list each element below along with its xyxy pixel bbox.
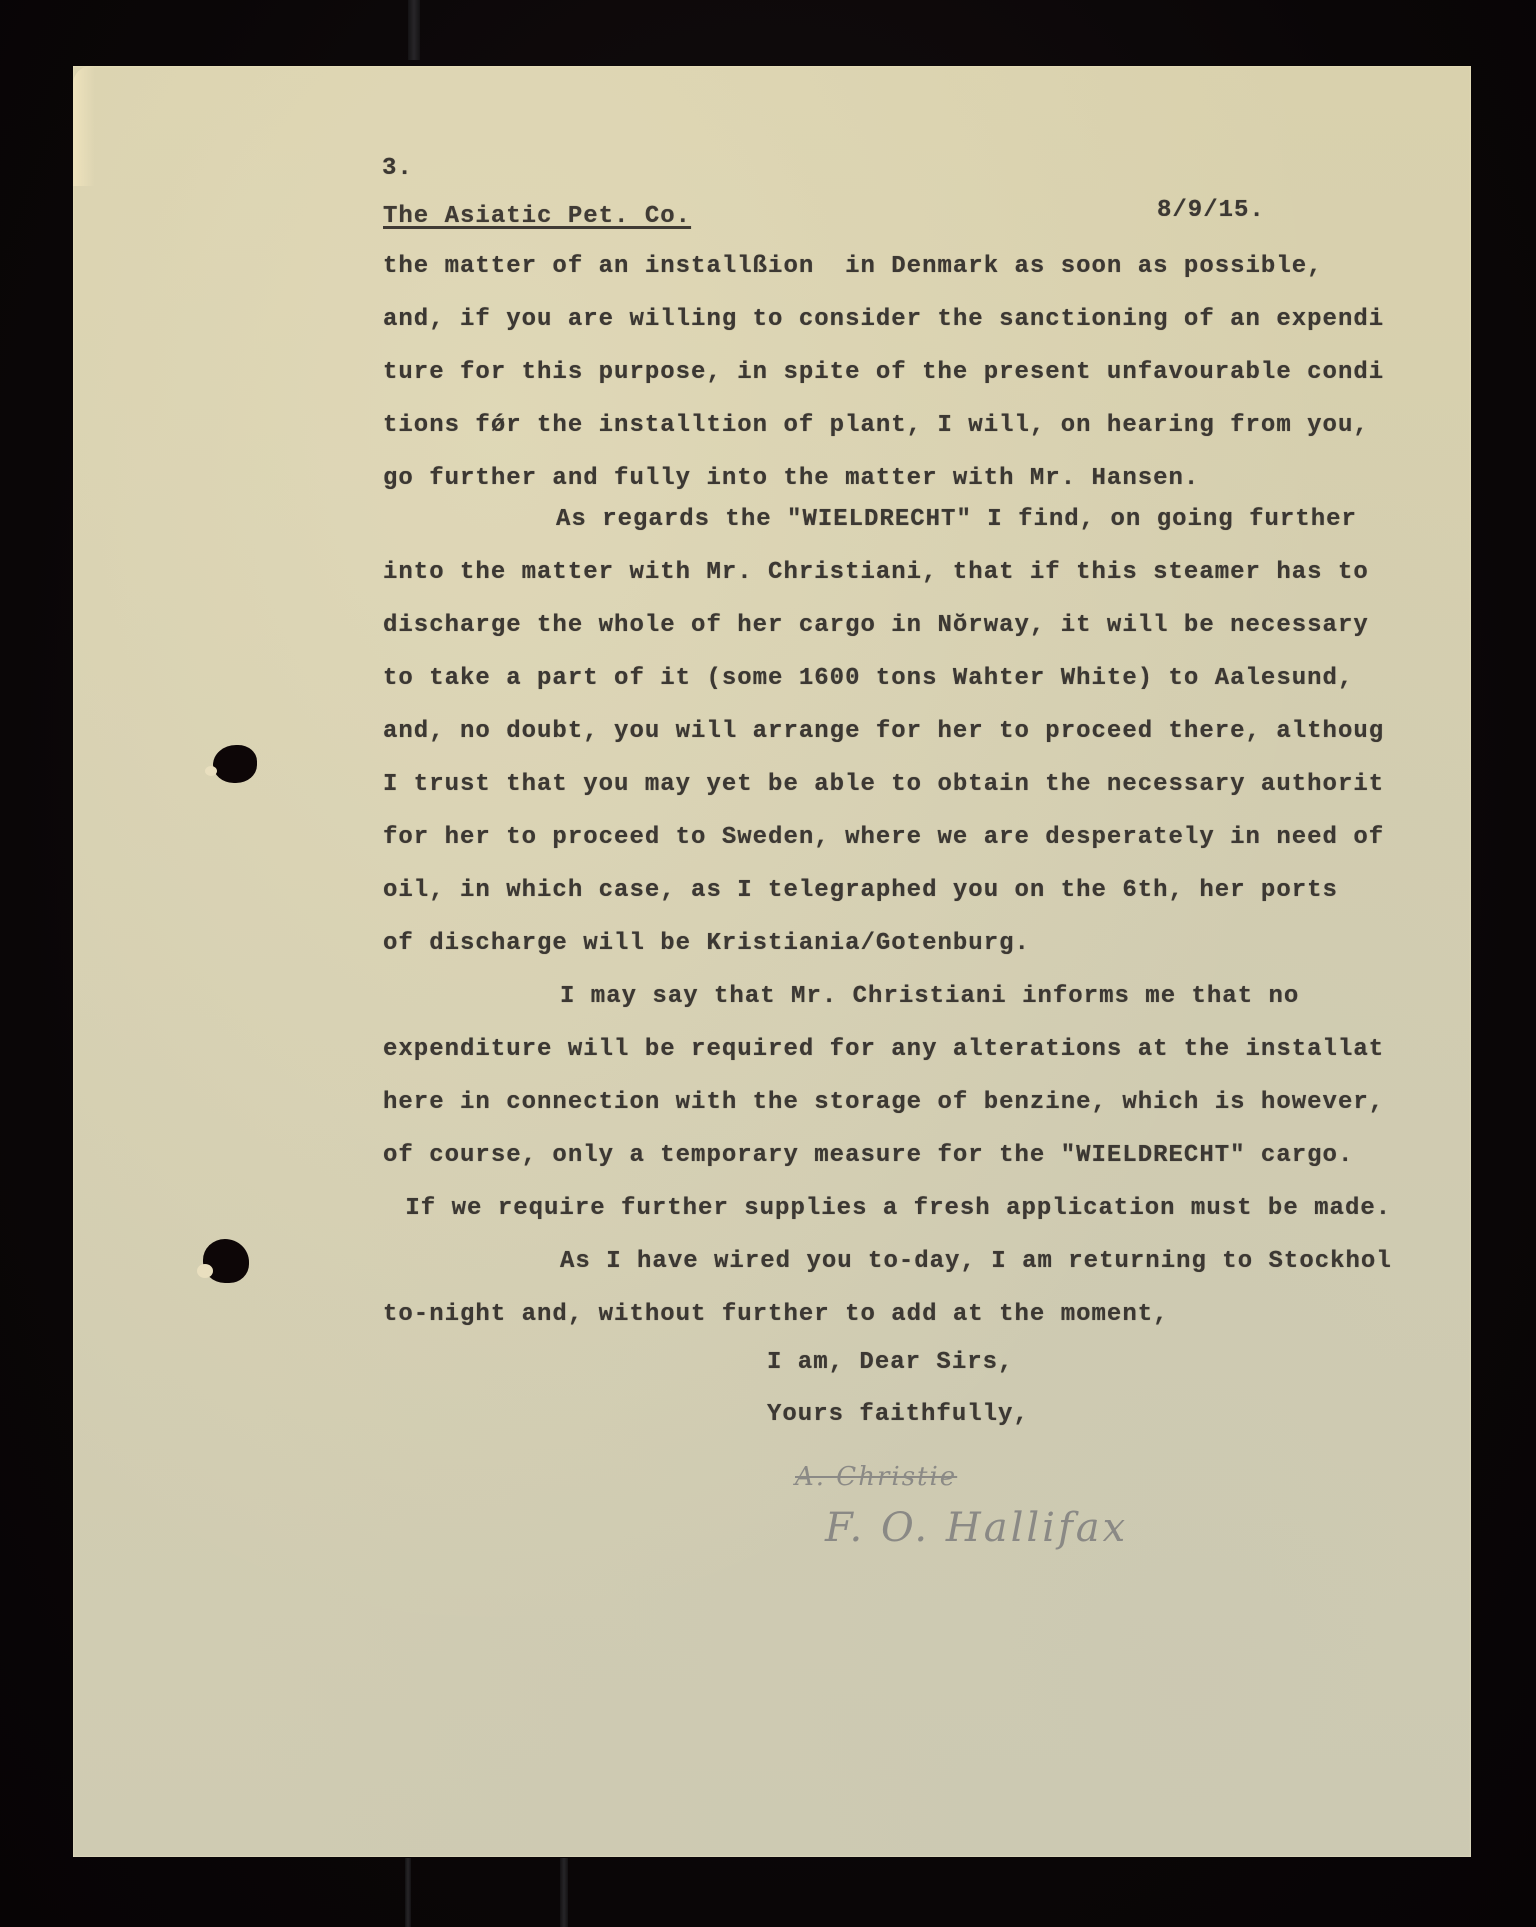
archive-strap-bottom [405,1858,411,1927]
archive-strap-bottom-2 [560,1858,568,1927]
punch-hole-tear [197,1264,213,1278]
body-line: ture for this purpose, in spite of the p… [383,358,1384,388]
letter-date: 8/9/15. [1157,196,1265,226]
closing-salutation: I am, Dear Sirs, [767,1348,1013,1378]
body-line: discharge the whole of her cargo in Nŏrw… [383,611,1369,641]
body-line: tions fǿr the installtion of plant, I wi… [383,411,1369,441]
archive-strap [408,0,420,60]
body-line: expenditure will be required for any alt… [383,1035,1384,1065]
body-line: of discharge will be Kristiania/Gotenbur… [383,929,1030,959]
body-line: If we require further supplies a fresh a… [390,1194,1391,1224]
body-line: to take a part of it (some 1600 tons Wah… [383,664,1353,694]
paragraph-start-line: I may say that Mr. Christiani informs me… [560,982,1299,1012]
body-line: the matter of an installßion in Denmark … [383,252,1323,282]
body-line: and, no doubt, you will arrange for her … [383,717,1384,747]
scanned-document-viewport: 3. The Asiatic Pet. Co. 8/9/15. the matt… [0,0,1536,1927]
paragraph-start-line: As I have wired you to-day, I am returni… [560,1247,1392,1277]
paragraph-start-line: As regards the "WIELDRECHT" I find, on g… [556,505,1357,535]
body-line: and, if you are willing to consider the … [383,305,1384,335]
body-line: to-night and, without further to add at … [383,1300,1169,1330]
handwritten-signature: F. O. Hallifax [825,1505,1128,1551]
addressee-heading: The Asiatic Pet. Co. [383,202,691,232]
body-line: here in connection with the storage of b… [383,1088,1384,1118]
punch-hole-tear [205,766,217,776]
page-number: 3. [382,154,413,184]
closing-valediction: Yours faithfully, [767,1400,1029,1430]
body-line: of course, only a temporary measure for … [383,1141,1353,1171]
body-line: I trust that you may yet be able to obta… [383,770,1384,800]
struck-signature: A. Christie [795,1462,957,1492]
body-line: oil, in which case, as I telegraphed you… [383,876,1338,906]
body-line: for her to proceed to Sweden, where we a… [383,823,1384,853]
body-line: go further and fully into the matter wit… [383,464,1199,494]
body-line: into the matter with Mr. Christiani, tha… [383,558,1369,588]
punch-hole-upper [213,745,257,783]
